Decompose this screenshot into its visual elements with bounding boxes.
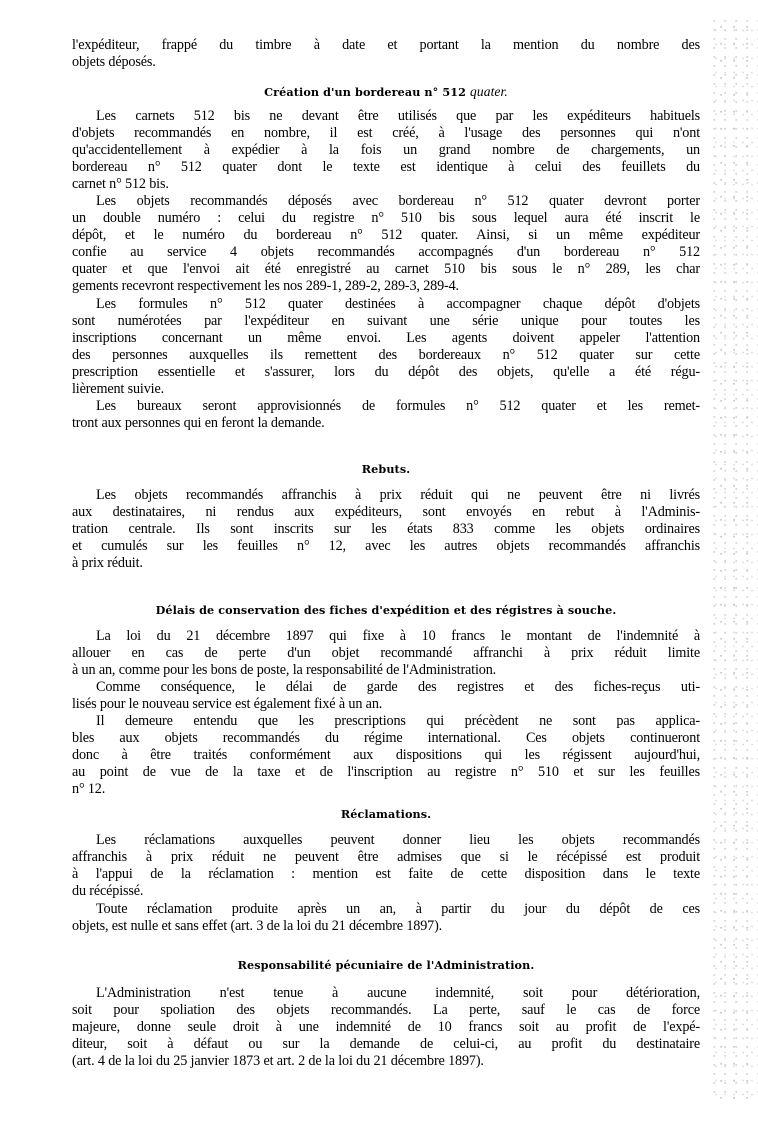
text-line: lièrement suivie. <box>72 381 700 398</box>
text-line: Les réclamations auxquelles peuvent donn… <box>72 832 700 849</box>
text-line: Les objets recommandés affranchis à prix… <box>72 487 700 504</box>
text-line: quater et que l'envoi ait été enregistré… <box>72 261 700 278</box>
text-line: au point de vue de la taxe et de l'inscr… <box>72 764 700 781</box>
section-delais-paragraph-3: Il demeure entendu que les prescriptions… <box>72 713 700 798</box>
text-line: confie au service 4 objets recommandés a… <box>72 244 700 261</box>
text-line: La loi du 21 décembre 1897 qui fixe à 10… <box>72 628 700 645</box>
text-line: allouer en cas de perte d'un objet recom… <box>72 645 700 662</box>
section-bordereau-paragraph-3: Les formules n° 512 quater destinées à a… <box>72 296 700 398</box>
text-line: prescription essentielle et s'assurer, l… <box>72 364 700 381</box>
section-heading: Responsabilité pécuniaire de l'Administr… <box>72 957 700 974</box>
text-line: bordereau n° 512 quater dont le texte es… <box>72 159 700 176</box>
text-line: à un an, comme pour les bons de poste, l… <box>72 662 700 679</box>
section-bordereau-heading: Création d'un bordereau n° 512 quater. <box>72 83 700 100</box>
text-line: Les bureaux seront approvisionnés de for… <box>72 398 700 415</box>
text-line: carnet n° 512 bis. <box>72 176 700 193</box>
scan-margin-noise <box>712 20 758 1100</box>
text-line: L'Administration n'est tenue à aucune in… <box>72 985 700 1002</box>
text-line: Les objets recommandés déposés avec bord… <box>72 193 700 210</box>
section-heading: Création d'un bordereau n° 512 quater. <box>72 83 700 100</box>
text-line: des personnes auxquelles ils remettent d… <box>72 347 700 364</box>
text-line: Toute réclamation produite après un an, … <box>72 901 700 918</box>
section-bordereau-paragraph-1: Les carnets 512 bis ne devant être utili… <box>72 108 700 193</box>
text-line: (art. 4 de la loi du 25 janvier 1873 et … <box>72 1053 700 1070</box>
intro-paragraph: l'expéditeur, frappé du timbre à date et… <box>72 37 700 71</box>
section-bordereau-paragraph-4: Les bureaux seront approvisionnés de for… <box>72 398 700 432</box>
section-bordereau-paragraph-2: Les objets recommandés déposés avec bord… <box>72 193 700 295</box>
text-line: Les carnets 512 bis ne devant être utili… <box>72 108 700 125</box>
section-reclamations-paragraph-1: Les réclamations auxquelles peuvent donn… <box>72 832 700 900</box>
text-line: diteur, soit à défaut ou sur la demande … <box>72 1036 700 1053</box>
section-reclamations-heading: Réclamations. <box>72 806 700 823</box>
section-rebuts-paragraph-1: Les objets recommandés affranchis à prix… <box>72 487 700 572</box>
text-line: soit pour spoliation des objets recomman… <box>72 1002 700 1019</box>
section-reclamations-paragraph-2: Toute réclamation produite après un an, … <box>72 901 700 935</box>
text-line: objets déposés. <box>72 54 700 71</box>
document-page: l'expéditeur, frappé du timbre à date et… <box>0 0 758 1140</box>
text-line: bles aux objets recommandés du régime in… <box>72 730 700 747</box>
text-line: dépôt, et le numéro du bordereau n° 512 … <box>72 227 700 244</box>
section-heading: Rebuts. <box>72 461 700 478</box>
text-line: aux destinataires, ni rendus aux expédit… <box>72 504 700 521</box>
text-line: gements recevront respectivement les nos… <box>72 278 700 295</box>
text-line: majeure, donne seule droit à une indemni… <box>72 1019 700 1036</box>
text-line: donc à être traités conformément aux dis… <box>72 747 700 764</box>
text-line: Comme conséquence, le délai de garde des… <box>72 679 700 696</box>
text-line: d'objets recommandés en nombre, il est c… <box>72 125 700 142</box>
text-line: tration centrale. Ils sont inscrits sur … <box>72 521 700 538</box>
text-line: à prix réduit. <box>72 555 700 572</box>
section-responsabilite-paragraph-1: L'Administration n'est tenue à aucune in… <box>72 985 700 1070</box>
text-line: Les formules n° 512 quater destinées à a… <box>72 296 700 313</box>
section-delais-paragraph-2: Comme conséquence, le délai de garde des… <box>72 679 700 713</box>
text-line: et cumulés sur les feuilles n° 12, avec … <box>72 538 700 555</box>
text-line: qu'accidentellement à expédier à la fois… <box>72 142 700 159</box>
section-heading: Délais de conservation des fiches d'expé… <box>72 602 700 619</box>
text-line: n° 12. <box>72 781 700 798</box>
section-responsabilite-heading: Responsabilité pécuniaire de l'Administr… <box>72 957 700 974</box>
text-line: Il demeure entendu que les prescriptions… <box>72 713 700 730</box>
section-delais-heading: Délais de conservation des fiches d'expé… <box>72 602 700 619</box>
text-line: l'expéditeur, frappé du timbre à date et… <box>72 37 700 54</box>
text-line: affranchis à prix réduit ne peuvent être… <box>72 849 700 866</box>
text-line: à l'appui de la réclamation : mention es… <box>72 866 700 883</box>
text-line: lisés pour le nouveau service est égalem… <box>72 696 700 713</box>
text-line: sont numérotées par l'expéditeur en suiv… <box>72 313 700 330</box>
section-heading: Réclamations. <box>72 806 700 823</box>
text-line: inscriptions concernant un même envoi. L… <box>72 330 700 347</box>
text-line: tront aux personnes qui en feront la dem… <box>72 415 700 432</box>
text-line: objets, est nulle et sans effet (art. 3 … <box>72 918 700 935</box>
text-line: un double numéro : celui du registre n° … <box>72 210 700 227</box>
text-line: du récépissé. <box>72 883 700 900</box>
section-delais-paragraph-1: La loi du 21 décembre 1897 qui fixe à 10… <box>72 628 700 679</box>
section-rebuts-heading: Rebuts. <box>72 461 700 478</box>
